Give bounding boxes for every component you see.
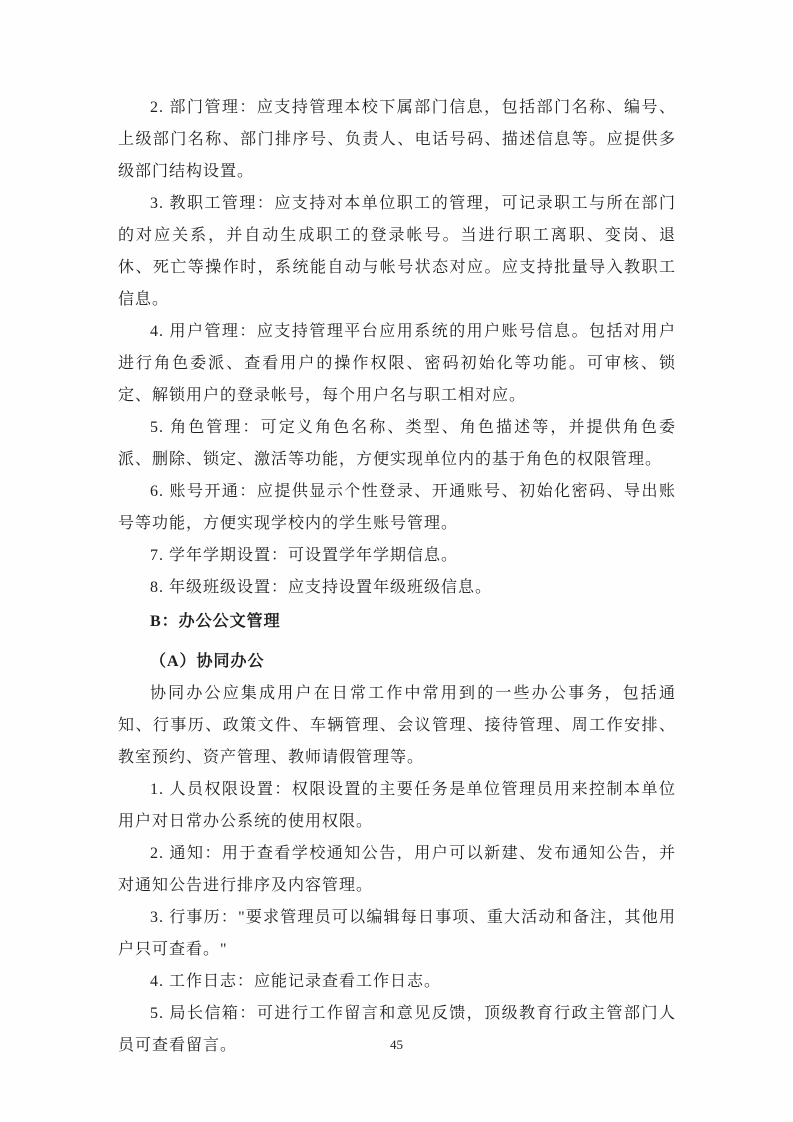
- para-dept-mgmt: 2. 部门管理：应支持管理本校下属部门信息，包括部门名称、编号、上级部门名称、部…: [118, 92, 676, 188]
- para-account-activation: 6. 账号开通：应提供显示个性登录、开通账号、初始化密码、导出账号等功能，方便实…: [118, 476, 676, 540]
- para-school-year-setting: 7. 学年学期设置：可设置学年学期信息。: [118, 540, 676, 572]
- heading-collaborative-office: （A）协同办公: [118, 646, 676, 678]
- heading-office-document-mgmt: B：办公公文管理: [118, 606, 676, 638]
- para-grade-class-setting: 8. 年级班级设置：应支持设置年级班级信息。: [118, 572, 676, 604]
- para-work-log: 4. 工作日志：应能记录查看工作日志。: [118, 966, 676, 998]
- para-user-mgmt: 4. 用户管理：应支持管理平台应用系统的用户账号信息。包括对用户进行角色委派、查…: [118, 316, 676, 412]
- para-staff-mgmt: 3. 教职工管理：应支持对本单位职工的管理，可记录职工与所在部门的对应关系，并自…: [118, 188, 676, 316]
- document-body: 2. 部门管理：应支持管理本校下属部门信息，包括部门名称、编号、上级部门名称、部…: [118, 92, 676, 1062]
- para-role-mgmt: 5. 角色管理：可定义角色名称、类型、角色描述等，并提供角色委派、删除、锁定、激…: [118, 412, 676, 476]
- page-number: 45: [0, 1036, 793, 1054]
- para-personnel-permission: 1. 人员权限设置：权限设置的主要任务是单位管理员用来控制本单位用户对日常办公系…: [118, 774, 676, 838]
- document-page: 2. 部门管理：应支持管理本校下属部门信息，包括部门名称、编号、上级部门名称、部…: [0, 0, 793, 1122]
- para-calendar: 3. 行事历："要求管理员可以编辑每日事项、重大活动和备注，其他用户只可查看。": [118, 902, 676, 966]
- para-notice: 2. 通知：用于查看学校通知公告，用户可以新建、发布通知公告，并对通知公告进行排…: [118, 838, 676, 902]
- para-collaborative-office-intro: 协同办公应集成用户在日常工作中常用到的一些办公事务，包括通知、行事历、政策文件、…: [118, 678, 676, 774]
